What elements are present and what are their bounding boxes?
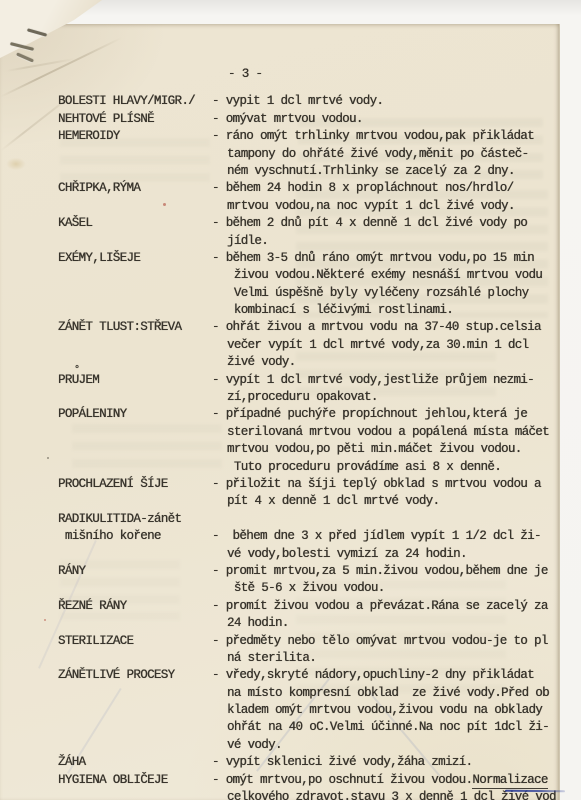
entry-definition-line: - ráno omýt trhlinky mrtvou vodou,pak př… xyxy=(212,128,560,145)
entry-definition-line: sterilovaná mrtvou vodou a popálená míst… xyxy=(212,424,560,441)
entry-definition: - vypít sklenici živé vody,žáha zmizí. xyxy=(212,754,560,771)
entry-term: KAŠEL xyxy=(58,215,212,232)
entry-definition-line: 24 hodin. xyxy=(212,615,560,632)
entry-definition: - předměty nebo tělo omývat mrtvou vodou… xyxy=(212,633,560,668)
entry-definition-line: večer vypít 1 dcl mrtvé vody,za 30.min 1… xyxy=(212,337,560,354)
entry-row: NEHTOVÉ PLÍSNĚ - omývat mrtvou vodou. xyxy=(58,111,560,128)
entry-row: HEMEROIDY - ráno omýt trhlinky mrtvou vo… xyxy=(58,128,560,180)
entry-term: ŽÁHA xyxy=(58,754,212,771)
entry-term: EXÉMY,LIŠEJE xyxy=(58,250,212,267)
entry-row: RADIKULITIDA-zánět mišního kořene - běhe… xyxy=(58,511,560,563)
entry-term-line: HYGIENA OBLIČEJE xyxy=(58,772,212,789)
entry-definition-line: kombinací s léčivými rostlinami. xyxy=(212,302,560,319)
entry-term: STERILIZACE xyxy=(58,633,212,650)
entry-term: RÁNY xyxy=(58,563,212,580)
entry-definition-line: kladem omýt mrtvou vodou,živou vodu na o… xyxy=(212,702,560,719)
entry-term: HYGIENA OBLIČEJE xyxy=(58,772,212,789)
entry-term-line: ZÁNĚT TLUST:STŘEVA xyxy=(58,319,212,336)
entry-term-line: HEMEROIDY xyxy=(58,128,212,145)
entry-definition-line: živou vodou.Některé exémy nesnáší mrtvou… xyxy=(212,267,560,284)
entry-term: BOLESTI HLAVY/MIGR./ xyxy=(58,93,212,110)
entry-term-line: mišního kořene xyxy=(58,528,212,545)
entry-term-line: ŽÁHA xyxy=(58,754,212,771)
entry-definition-line: mrtvou vodou,na noc vypít 1 dcl živé vod… xyxy=(212,198,560,215)
entry-definition-line: - během dne 3 x před jídlem vypít 1 1/2 … xyxy=(212,528,560,545)
entry-row: CHŘIPKA,RÝMA - během 24 hodin 8 x proplá… xyxy=(58,180,560,215)
entry-term: ŘEZNÉ RÁNY xyxy=(58,598,212,615)
entry-term-line: STERILIZACE xyxy=(58,633,212,650)
entry-definition-line: - ohřát živou a mrtvou vodu na 37-40 stu… xyxy=(212,319,560,336)
entry-row: ŽÁHA - vypít sklenici živé vody,žáha zmi… xyxy=(58,754,560,771)
entry-definition-line: jídle. xyxy=(212,233,560,250)
entry-definition: - promit mrtvou,za 5 min.živou vodou,běh… xyxy=(212,563,560,598)
entry-term: ZÁNĚTLIVÉ PROCESY xyxy=(58,667,212,684)
entry-term: POPÁLENINY xyxy=(58,406,212,423)
entry-definition-line: vé vody. xyxy=(212,737,560,754)
entry-definition-line: - předměty nebo tělo omývat mrtvou vodou… xyxy=(212,633,560,650)
ink-speck xyxy=(44,619,46,621)
entry-definition-line: - během 3-5 dnů ráno omýt mrtvou vodu,po… xyxy=(212,250,560,267)
page-number: - 3 - xyxy=(228,66,560,83)
entry-term-line: PROCHLAZENÍ ŠÍJE xyxy=(58,476,212,493)
entry-term-line: BOLESTI HLAVY/MIGR./ xyxy=(58,93,212,110)
entry-term: NEHTOVÉ PLÍSNĚ xyxy=(58,111,212,128)
entry-definition-line: - přiložit na šíji teplý obklad s mrtvou… xyxy=(212,476,560,493)
entry-definition-line: - vypít sklenici živé vody,žáha zmizí. xyxy=(212,754,560,771)
entry-term-line: CHŘIPKA,RÝMA xyxy=(58,180,212,197)
entry-term-line: EXÉMY,LIŠEJE xyxy=(58,250,212,267)
entry-definition-line: - vředy,skryté nádory,opuchliny-2 dny př… xyxy=(212,667,560,684)
entry-definition: - ohřát živou a mrtvou vodu na 37-40 stu… xyxy=(212,319,560,371)
entry-definition-line: - promít živou vodou a převázat.Rána se … xyxy=(212,598,560,615)
entry-row: POPÁLENINY - případné puchýře propíchnou… xyxy=(58,406,560,476)
entry-definition-line: pít 4 x denně 1 dcl mrtvé vody. xyxy=(212,493,560,510)
entry-definition-line: zí,proceduru opakovat. xyxy=(212,389,560,406)
entry-definition-line: ště 5-6 x živou vodou. xyxy=(212,580,560,597)
entry-definition: - vředy,skryté nádory,opuchliny-2 dny př… xyxy=(212,667,560,754)
entry-definition-line: - vypit 1 dcl mrtvé vody. xyxy=(212,93,560,110)
entry-term: PRUJEM° xyxy=(58,372,212,389)
entry-definition-line: živé vody. xyxy=(212,354,560,371)
entry-definition: - během dne 3 x před jídlem vypít 1 1/2 … xyxy=(212,511,560,563)
entry-row: PROCHLAZENÍ ŠÍJE - přiložit na šíji tepl… xyxy=(58,476,560,511)
entry-row: EXÉMY,LIŠEJE - během 3-5 dnů ráno omýt m… xyxy=(58,250,560,320)
entry-term: HEMEROIDY xyxy=(58,128,212,145)
entry-term-line: RADIKULITIDA-zánět xyxy=(58,511,212,528)
page-content: - 3 - BOLESTI HLAVY/MIGR./ - vypit 1 dcl… xyxy=(58,66,560,800)
entry-definition: - omývat mrtvou vodou. xyxy=(212,111,560,128)
entry-row: ŘEZNÉ RÁNY - promít živou vodou a převáz… xyxy=(58,598,560,633)
ink-speck xyxy=(47,457,49,459)
entry-definition: - vypit 1 dcl mrtvé vody. xyxy=(212,93,560,110)
entry-definition: - promít živou vodou a převázat.Rána se … xyxy=(212,598,560,633)
entry-definition-line: - během 2 dnů pít 4 x denně 1 dcl živé v… xyxy=(212,215,560,232)
entry-definition: - během 24 hodin 8 x propláchnout nos/hr… xyxy=(212,180,560,215)
entry-definition-line: - omývat mrtvou vodou. xyxy=(212,111,560,128)
entry-definition-line: Velmi úspěšně byly vyléčeny rozsáhlé plo… xyxy=(212,285,560,302)
scanned-document-scene: - 3 - BOLESTI HLAVY/MIGR./ - vypit 1 dcl… xyxy=(0,0,581,800)
entry-definition: - během 3-5 dnů ráno omýt mrtvou vodu,po… xyxy=(212,250,560,320)
entry-definition: - přiložit na šíji teplý obklad s mrtvou… xyxy=(212,476,560,511)
entry-term: CHŘIPKA,RÝMA xyxy=(58,180,212,197)
entry-definition-line: ném vyschnutí.Trhlinky se zacelý za 2 dn… xyxy=(212,163,560,180)
entry-term-line: PRUJEM xyxy=(58,372,212,389)
entry-term: RADIKULITIDA-zánět mišního kořene xyxy=(58,511,212,546)
entry-term-line: NEHTOVÉ PLÍSNĚ xyxy=(58,111,212,128)
entry-definition-line: - promit mrtvou,za 5 min.živou vodou,běh… xyxy=(212,563,560,580)
entry-row: PRUJEM° - vypít 1 dcl mrtvé vody,jestliž… xyxy=(58,372,560,407)
entry-row: BOLESTI HLAVY/MIGR./ - vypit 1 dcl mrtvé… xyxy=(58,93,560,110)
entry-row: STERILIZACE - předměty nebo tělo omývat … xyxy=(58,633,560,668)
entry-definition-line: tampony do ohřáté živé vody,měnit po čás… xyxy=(212,146,560,163)
entry-definition: - případné puchýře propíchnout jehlou,kt… xyxy=(212,406,560,476)
entry-row: KAŠEL - během 2 dnů pít 4 x denně 1 dcl … xyxy=(58,215,560,250)
entries-list: BOLESTI HLAVY/MIGR./ - vypit 1 dcl mrtvé… xyxy=(58,93,560,800)
typewriter-overstrike-ring: ° xyxy=(74,365,80,376)
entry-definition: - omýt mrtvou,po oschnutí živou vodou.No… xyxy=(212,772,560,800)
entry-definition-line: mrtvou vodou,po pěti min.máčet živou vod… xyxy=(212,441,560,458)
entry-definition-line: Tuto proceduru provádíme asi 8 x denně. xyxy=(212,459,560,476)
entry-definition-line: - případné puchýře propíchnout jehlou,kt… xyxy=(212,406,560,423)
entry-definition-line: - vypít 1 dcl mrtvé vody,jestliže průjem… xyxy=(212,372,560,389)
entry-definition: - ráno omýt trhlinky mrtvou vodou,pak př… xyxy=(212,128,560,180)
underlined-word: Normalizace xyxy=(472,773,547,789)
entry-term-line: RÁNY xyxy=(58,563,212,580)
entry-definition: - během 2 dnů pít 4 x denně 1 dcl živé v… xyxy=(212,215,560,250)
entry-term-line: ZÁNĚTLIVÉ PROCESY xyxy=(58,667,212,684)
entry-term-line: ŘEZNÉ RÁNY xyxy=(58,598,212,615)
entry-definition: - vypít 1 dcl mrtvé vody,jestliže průjem… xyxy=(212,372,560,407)
spacer-line xyxy=(212,511,560,528)
entry-row: ZÁNĚT TLUST:STŘEVA - ohřát živou a mrtvo… xyxy=(58,319,560,371)
entry-definition-line: ohřát na 40 oC.Velmi účinné.Na noc pít 1… xyxy=(212,719,560,736)
document-page: - 3 - BOLESTI HLAVY/MIGR./ - vypit 1 dcl… xyxy=(0,24,560,800)
entry-row: HYGIENA OBLIČEJE - omýt mrtvou,po oschnu… xyxy=(58,772,560,800)
entry-term-line: KAŠEL xyxy=(58,215,212,232)
entry-definition-line: vé vody,bolesti vymizí za 24 hodin. xyxy=(212,546,560,563)
entry-row: RÁNY - promit mrtvou,za 5 min.živou vodo… xyxy=(58,563,560,598)
entry-definition-line: ná sterilita. xyxy=(212,650,560,667)
entry-definition-line: - omýt mrtvou,po oschnutí živou vodou.No… xyxy=(212,772,560,789)
entry-definition-line: na místo kompresní obklad ze živé vody.P… xyxy=(212,685,560,702)
entry-term-line: POPÁLENINY xyxy=(58,406,212,423)
entry-row: ZÁNĚTLIVÉ PROCESY - vředy,skryté nádory,… xyxy=(58,667,560,754)
entry-definition-line: - během 24 hodin 8 x propláchnout nos/hr… xyxy=(212,180,560,197)
entry-term: PROCHLAZENÍ ŠÍJE xyxy=(58,476,212,493)
entry-term: ZÁNĚT TLUST:STŘEVA xyxy=(58,319,212,336)
